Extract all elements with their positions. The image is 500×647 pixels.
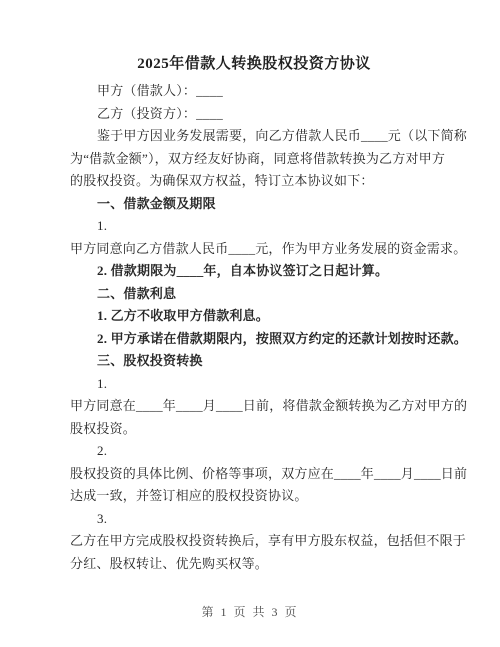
clause-3-1-number: 1. bbox=[70, 373, 438, 396]
clause-3-1-line-2: 股权投资。 bbox=[70, 418, 438, 441]
clause-3-3-line-1: 乙方在甲方完成股权投资转换后，享有甲方股东权益，包括但不限于 bbox=[70, 530, 438, 553]
section-3-heading: 三、股权投资转换 bbox=[70, 350, 438, 373]
preamble-line-2: 为“借款金额”），双方经友好协商，同意将借款转换为乙方对甲方 bbox=[70, 148, 438, 171]
document-body: 2025年借款人转换股权投资方协议 甲方（借款人）：____ 乙方（投资方）：_… bbox=[0, 0, 500, 575]
clause-3-2-line-2: 达成一致，并签订相应的股权投资协议。 bbox=[70, 485, 438, 508]
section-1-heading: 一、借款金额及期限 bbox=[70, 193, 438, 216]
party-a-line: 甲方（借款人）：____ bbox=[70, 80, 438, 103]
clause-3-2-number: 2. bbox=[70, 440, 438, 463]
document-page: 2025年借款人转换股权投资方协议 甲方（借款人）：____ 乙方（投资方）：_… bbox=[0, 0, 500, 647]
section-2-heading: 二、借款利息 bbox=[70, 283, 438, 306]
clause-1-2-text: 2. 借款期限为____年，自本协议签订之日起计算。 bbox=[70, 260, 438, 283]
page-number-footer: 第 1 页 共 3 页 bbox=[0, 603, 500, 620]
clause-1-1-text: 甲方同意向乙方借款人民币____元，作为甲方业务发展的资金需求。 bbox=[70, 238, 438, 261]
clause-3-3-line-2: 分红、股权转让、优先购买权等。 bbox=[70, 553, 438, 576]
preamble-line-3: 的股权投资。为确保双方权益，特订立本协议如下： bbox=[70, 170, 438, 193]
clause-3-2-line-1: 股权投资的具体比例、价格等事项，双方应在____年____月____日前 bbox=[70, 463, 438, 486]
clause-3-1-line-1: 甲方同意在____年____月____日前，将借款金额转换为乙方对甲方的 bbox=[70, 395, 438, 418]
clause-1-1-number: 1. bbox=[70, 215, 438, 238]
clause-2-1-text: 1. 乙方不收取甲方借款利息。 bbox=[70, 305, 438, 328]
clause-2-2-text: 2. 甲方承诺在借款期限内，按照双方约定的还款计划按时还款。 bbox=[70, 328, 438, 351]
document-title: 2025年借款人转换股权投资方协议 bbox=[70, 54, 438, 74]
clause-3-3-number: 3. bbox=[70, 508, 438, 531]
preamble-line-1: 鉴于甲方因业务发展需要，向乙方借款人民币____元（以下简称 bbox=[70, 125, 438, 148]
party-b-line: 乙方（投资方）：____ bbox=[70, 103, 438, 126]
